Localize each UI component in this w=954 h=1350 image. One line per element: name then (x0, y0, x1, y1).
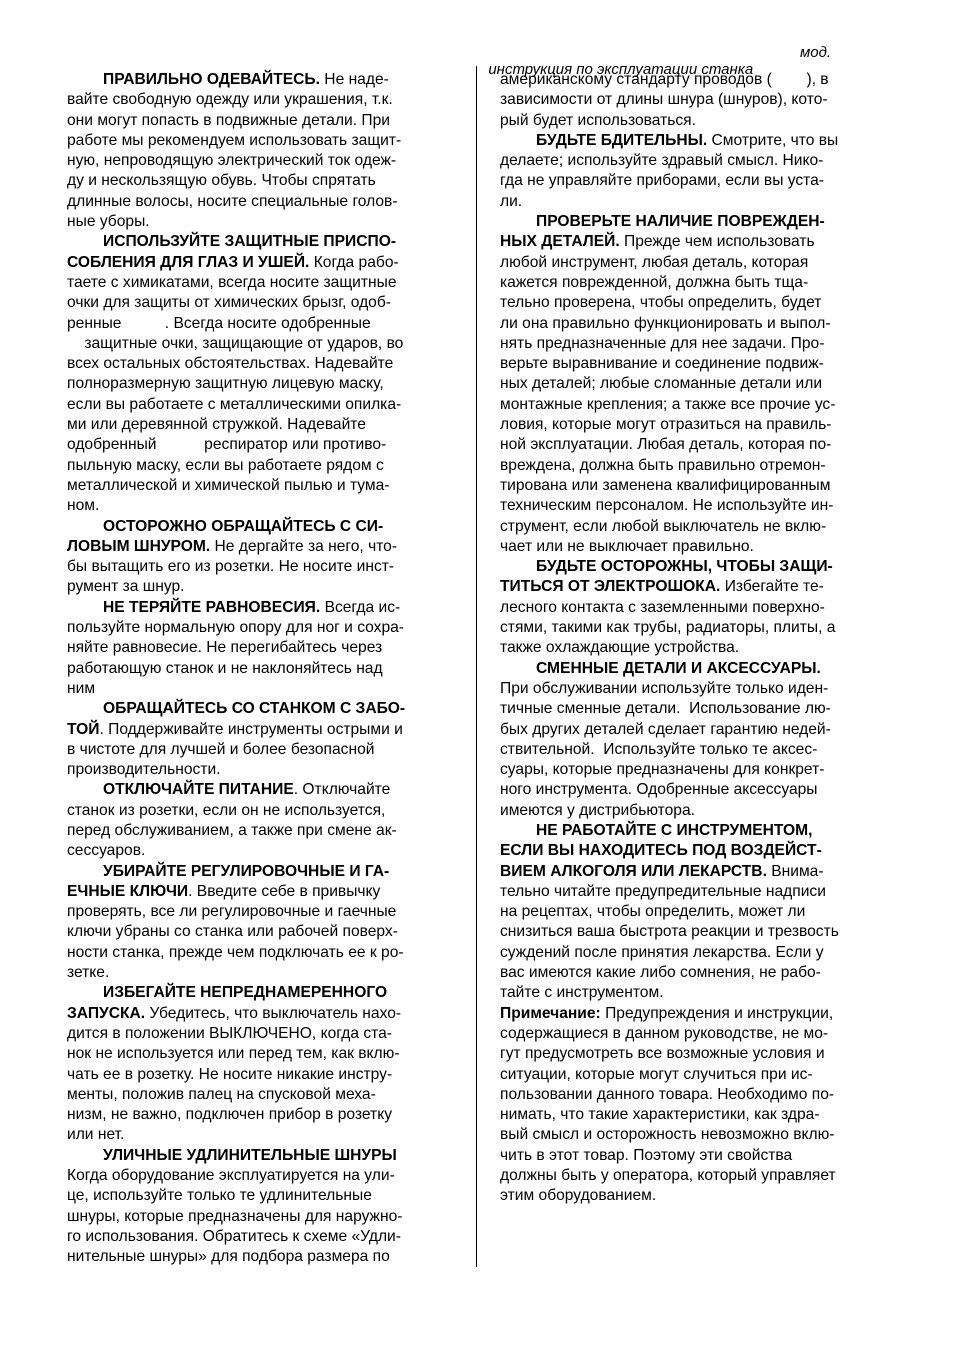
body-text: нок не используется или перед тем, как в… (67, 1045, 400, 1062)
body-text: ные уборы. (67, 213, 150, 230)
text-line: ли. (500, 192, 890, 212)
text-line: УЛИЧНЫЕ УДЛИНИТЕЛЬНЫЕ ШНУРЫ (67, 1146, 467, 1166)
text-line: тельно проверена, чтобы определить, буде… (500, 293, 890, 313)
text-line: ду и нескользящую обувь. Чтобы спрятать (67, 171, 467, 191)
body-text: этим оборудованием. (500, 1187, 656, 1204)
text-line: При обслуживании используйте только иден… (500, 679, 890, 699)
text-line: перед обслуживанием, а также при смене а… (67, 821, 467, 841)
text-line: ТОЙ. Поддерживайте инструменты острыми и (67, 720, 467, 740)
body-text: бых других деталей сделает гарантию неде… (500, 721, 831, 738)
body-text: защитные очки, защищающие от ударов, во (67, 335, 403, 352)
text-line: монтажные крепления; а также все прочие … (500, 395, 890, 415)
section-heading: СМЕННЫЕ ДЕТАЛИ И АКСЕССУАРЫ. (536, 660, 821, 677)
body-text: если вы работаете с металлическими опилк… (67, 396, 401, 413)
body-text: Прежде чем использовать (620, 233, 815, 250)
body-text: чает или не выключает правильно. (500, 538, 754, 555)
body-text: Убедитесь, что выключатель нахо- (145, 1005, 401, 1022)
text-line: ности станка, прежде чем подключать ее к… (67, 943, 467, 963)
text-line: ных деталей; любые сломанные детали или (500, 374, 890, 394)
section-heading: ОТКЛЮЧАЙТЕ ПИТАНИЕ (103, 781, 294, 798)
body-text: нимать, что такие характеристики, как зд… (500, 1106, 820, 1123)
text-line: ные уборы. (67, 212, 467, 232)
text-line: ми или деревянной стружкой. Надевайте (67, 415, 467, 435)
text-line: должны быть у оператора, который управля… (500, 1166, 890, 1186)
text-line: чает или не выключает правильно. (500, 537, 890, 557)
body-text: ную, непроводящую электрический ток одеж… (67, 152, 396, 169)
body-text: гут предусмотреть все возможные условия … (500, 1045, 825, 1062)
body-text: ми или деревянной стружкой. Надевайте (67, 416, 366, 433)
body-text: длинные волосы, носите специальные голов… (67, 193, 398, 210)
text-line: ного инструмента. Одобренные аксессуары (500, 780, 890, 800)
body-text: При обслуживании используйте только иден… (500, 680, 828, 697)
body-text: должны быть у оператора, который управля… (500, 1167, 836, 1184)
text-line: ли она правильно функционировать и выпол… (500, 314, 890, 334)
text-line: работающую станок и не наклоняйтесь над (67, 659, 467, 679)
header-model: мод. (800, 44, 831, 61)
body-text: ности станка, прежде чем подключать ее к… (67, 944, 404, 961)
section-heading: ЗАПУСКА. (67, 1005, 145, 1022)
text-line: бы вытащить его из розетки. Не носите ин… (67, 557, 467, 577)
right-column: американскому стандарту проводов ( ), вз… (500, 70, 890, 1207)
section-heading: НЕ ТЕРЯЙТЕ РАВНОВЕСИЯ. (103, 599, 320, 616)
body-text: ним (67, 680, 95, 697)
body-text: техническим персоналом. Не используйте и… (500, 497, 833, 514)
body-text: . Отключайте (294, 781, 391, 798)
text-line: нительные шнуры» для подбора размера по (67, 1247, 467, 1267)
body-text: низм, не важно, подключен прибор в розет… (67, 1106, 392, 1123)
body-text: пользовании данного товара. Необходимо п… (500, 1086, 834, 1103)
section-heading: ЕСЛИ ВЫ НАХОДИТЕСЬ ПОД ВОЗДЕЙСТ- (500, 842, 822, 859)
text-line: УБИРАЙТЕ РЕГУЛИРОВОЧНЫЕ И ГА- (67, 862, 467, 882)
body-text: работающую станок и не наклоняйтесь над (67, 660, 383, 677)
section-heading: НЫХ ДЕТАЛЕЙ. (500, 233, 620, 250)
body-text: стями, такими как трубы, радиаторы, плит… (500, 619, 835, 636)
body-text: тельно читайте предупредительные надписи (500, 883, 826, 900)
text-line: БУДЬТЕ ОСТОРОЖНЫ, ЧТОБЫ ЗАЩИ- (500, 557, 890, 577)
text-line: пыльную маску, если вы работаете рядом с (67, 456, 467, 476)
text-line: ИЗБЕГАЙТЕ НЕПРЕДНАМЕРЕННОГО (67, 983, 467, 1003)
text-line: ную, непроводящую электрический ток одеж… (67, 151, 467, 171)
text-line: СМЕННЫЕ ДЕТАЛИ И АКСЕССУАРЫ. (500, 659, 890, 679)
body-text: менты, положив палец на спусковой меха- (67, 1086, 376, 1103)
body-text: очки для защиты от химических брызг, одо… (67, 294, 391, 311)
text-line: Примечание: Предупреждения и инструкции, (500, 1004, 890, 1024)
body-text: ключи убраны со станка или рабочей повер… (67, 923, 398, 940)
body-text: . Введите себе в привычку (188, 883, 380, 900)
body-text: содержащиеся в данном руководстве, не мо… (500, 1025, 828, 1042)
body-text: шнуры, которые предназначены для наружно… (67, 1208, 402, 1225)
text-line: в чистоте для лучшей и более безопасной (67, 740, 467, 760)
text-line: чить в этот товар. Поэтому эти свойства (500, 1146, 890, 1166)
body-text: Всегда ис- (320, 599, 400, 616)
body-text: Предупреждения и инструкции, (601, 1005, 833, 1022)
text-line: на рецептах, чтобы определить, может ли (500, 902, 890, 922)
text-line: нимать, что такие характеристики, как зд… (500, 1105, 890, 1125)
section-heading: ИСПОЛЬЗУЙТЕ ЗАЩИТНЫЕ ПРИСПО- (103, 233, 396, 250)
body-text: пыльную маску, если вы работаете рядом с (67, 457, 384, 474)
text-line: вреждена, должна быть правильно отремон- (500, 456, 890, 476)
text-line: БУДЬТЕ БДИТЕЛЬНЫ. Смотрите, что вы (500, 131, 890, 151)
text-line: Когда оборудование эксплуатируется на ул… (67, 1166, 467, 1186)
body-text: металлической и химической пылью и тума- (67, 477, 390, 494)
text-line: кажется поврежденной, должна быть тща- (500, 273, 890, 293)
section-heading: ТИТЬСЯ ОТ ЭЛЕКТРОШОКА. (500, 578, 720, 595)
text-line: тельно читайте предупредительные надписи (500, 882, 890, 902)
body-text: ствительной. Используйте только те аксес… (500, 741, 817, 758)
text-line: защитные очки, защищающие от ударов, во (67, 334, 467, 354)
body-text: вас имеются какие либо сомнения, не рабо… (500, 964, 821, 981)
text-line: ренные . Всегда носите одобренные (67, 314, 467, 334)
text-line: очки для защиты от химических брызг, одо… (67, 293, 467, 313)
text-line: имеются у дистрибьютора. (500, 801, 890, 821)
body-text: в чистоте для лучшей и более безопасной (67, 741, 374, 758)
body-text: дится в положении ВЫКЛЮЧЕНО, когда ста- (67, 1025, 392, 1042)
text-line: тайте с инструментом. (500, 983, 890, 1003)
text-line: стями, такими как трубы, радиаторы, плит… (500, 618, 890, 638)
body-text: сессуаров. (67, 842, 145, 859)
body-text: пользуйте нормальную опору для ног и сох… (67, 619, 404, 636)
text-line: делаете; используйте здравый смысл. Нико… (500, 151, 890, 171)
body-text: рый будет использоваться. (500, 112, 696, 129)
section-heading: ОБРАЩАЙТЕСЬ СО СТАНКОМ С ЗАБО- (103, 700, 405, 717)
text-line: станок из розетки, если он не использует… (67, 801, 467, 821)
section-heading: ЕЧНЫЕ КЛЮЧИ (67, 883, 188, 900)
section-heading: ПРАВИЛЬНО ОДЕВАЙТЕСЬ. (103, 71, 320, 88)
text-line: также охлаждающие устройства. (500, 638, 890, 658)
text-line: сессуаров. (67, 841, 467, 861)
text-line: американскому стандарту проводов ( ), в (500, 70, 890, 90)
body-text: верьте выравнивание и соединение подвиж- (500, 355, 824, 372)
text-line: они могут попасть в подвижные детали. Пр… (67, 111, 467, 131)
text-line: лесного контакта с заземленными поверхно… (500, 598, 890, 618)
text-line: ЕСЛИ ВЫ НАХОДИТЕСЬ ПОД ВОЗДЕЙСТ- (500, 841, 890, 861)
text-line: суждений после принятия лекарства. Если … (500, 943, 890, 963)
text-line: ЛОВЫМ ШНУРОМ. Не дергайте за него, что- (67, 537, 467, 557)
body-text: снизиться ваша быстрота реакции и трезво… (500, 923, 839, 940)
body-text: тельно проверена, чтобы определить, буде… (500, 294, 821, 311)
text-line: дится в положении ВЫКЛЮЧЕНО, когда ста- (67, 1024, 467, 1044)
body-text: станок из розетки, если он не использует… (67, 802, 385, 819)
text-line: ПРАВИЛЬНО ОДЕВАЙТЕСЬ. Не наде- (67, 70, 467, 90)
text-line: вас имеются какие либо сомнения, не рабо… (500, 963, 890, 983)
section-heading: УЛИЧНЫЕ УДЛИНИТЕЛЬНЫЕ ШНУРЫ (103, 1147, 397, 1164)
text-line: ОБРАЩАЙТЕСЬ СО СТАНКОМ С ЗАБО- (67, 699, 467, 719)
text-line: нок не используется или перед тем, как в… (67, 1044, 467, 1064)
section-heading: ЛОВЫМ ШНУРОМ. (67, 538, 210, 555)
text-line: бых других деталей сделает гарантию неде… (500, 720, 890, 740)
text-line: ТИТЬСЯ ОТ ЭЛЕКТРОШОКА. Избегайте те- (500, 577, 890, 597)
text-line: НЫХ ДЕТАЛЕЙ. Прежде чем использовать (500, 232, 890, 252)
text-line: низм, не важно, подключен прибор в розет… (67, 1105, 467, 1125)
body-text: монтажные крепления; а также все прочие … (500, 396, 835, 413)
text-line: шнуры, которые предназначены для наружно… (67, 1207, 467, 1227)
text-line: этим оборудованием. (500, 1186, 890, 1206)
body-text: струмент, если любой выключатель не вклю… (500, 518, 826, 535)
text-line: румент за шнур. (67, 577, 467, 597)
body-text: зетке. (67, 964, 109, 981)
text-line: работе мы рекомендуем использовать защит… (67, 131, 467, 151)
body-text: ренные . Всегда носите одобренные (67, 315, 371, 332)
body-text: тайте с инструментом. (500, 984, 664, 1001)
body-text: Избегайте те- (720, 578, 823, 595)
text-line: рый будет использоваться. (500, 111, 890, 131)
section-heading: СОБЛЕНИЯ ДЛЯ ГЛАЗ И УШЕЙ. (67, 254, 309, 271)
body-text: ду и нескользящую обувь. Чтобы спрятать (67, 172, 376, 189)
text-line: длинные волосы, носите специальные голов… (67, 192, 467, 212)
body-text: нять предназначенные для нее задачи. Про… (500, 335, 824, 352)
body-text: любой инструмент, любая деталь, которая (500, 254, 808, 271)
body-text: ловия, которые могут отразиться на прави… (500, 416, 831, 433)
text-line: суары, которые предназначены для конкрет… (500, 760, 890, 780)
body-text: бы вытащить его из розетки. Не носите ин… (67, 558, 394, 575)
body-text: ной эксплуатации. Любая деталь, которая … (500, 436, 831, 453)
body-text: гда не управляйте приборами, если вы уст… (500, 172, 824, 189)
body-text: зависимости от длины шнура (шнуров), кот… (500, 91, 828, 108)
body-text: Смотрите, что вы (707, 132, 838, 149)
body-text: американскому стандарту проводов ( ), в (500, 71, 829, 88)
text-line: ной эксплуатации. Любая деталь, которая … (500, 435, 890, 455)
body-text: они могут попасть в подвижные детали. Пр… (67, 112, 390, 129)
text-line: няйте равновесие. Не перегибайтесь через (67, 638, 467, 658)
body-text: Когда рабо- (309, 254, 398, 271)
text-line: или нет. (67, 1125, 467, 1145)
text-line: металлической и химической пылью и тума- (67, 476, 467, 496)
text-line: ИСПОЛЬЗУЙТЕ ЗАЩИТНЫЕ ПРИСПО- (67, 232, 467, 252)
text-line: вый смысл и осторожность невозможно вклю… (500, 1125, 890, 1145)
body-text: таете с химикатами, всегда носите защитн… (67, 274, 397, 291)
text-line: ПРОВЕРЬТЕ НАЛИЧИЕ ПОВРЕЖДЕН- (500, 212, 890, 232)
text-line: ключи убраны со станка или рабочей повер… (67, 922, 467, 942)
body-text: суждений после принятия лекарства. Если … (500, 944, 824, 961)
body-text: вайте свободную одежду или украшения, т.… (67, 91, 393, 108)
text-line: содержащиеся в данном руководстве, не мо… (500, 1024, 890, 1044)
text-line: производительности. (67, 760, 467, 780)
text-line: тичные сменные детали. Использование лю- (500, 699, 890, 719)
body-text: проверять, все ли регулировочные и гаечн… (67, 903, 396, 920)
body-text: румент за шнур. (67, 578, 185, 595)
body-text: суары, которые предназначены для конкрет… (500, 761, 824, 778)
text-line: одобренный респиратор или противо- (67, 435, 467, 455)
body-text: всех остальных обстоятельствах. Надевайт… (67, 355, 393, 372)
text-line: гут предусмотреть все возможные условия … (500, 1044, 890, 1064)
text-line: це, используйте только те удлинительные (67, 1186, 467, 1206)
text-line: гда не управляйте приборами, если вы уст… (500, 171, 890, 191)
body-text: тирована или заменена квалифицированным (500, 477, 830, 494)
body-text: вреждена, должна быть правильно отремон- (500, 457, 826, 474)
text-line: струмент, если любой выключатель не вклю… (500, 517, 890, 537)
text-line: НЕ ТЕРЯЙТЕ РАВНОВЕСИЯ. Всегда ис- (67, 598, 467, 618)
body-text: чать ее в розетку. Не носите никакие инс… (67, 1066, 392, 1083)
body-text: ных деталей; любые сломанные детали или (500, 375, 822, 392)
body-text: Когда оборудование эксплуатируется на ул… (67, 1167, 395, 1184)
text-line: ЕЧНЫЕ КЛЮЧИ. Введите себе в привычку (67, 882, 467, 902)
text-line: тирована или заменена квалифицированным (500, 476, 890, 496)
text-line: ВИЕМ АЛКОГОЛЯ ИЛИ ЛЕКАРСТВ. Внима- (500, 862, 890, 882)
text-line: НЕ РАБОТАЙТЕ С ИНСТРУМЕНТОМ, (500, 821, 890, 841)
text-line: вайте свободную одежду или украшения, т.… (67, 90, 467, 110)
text-line: пользовании данного товара. Необходимо п… (500, 1085, 890, 1105)
body-text: нительные шнуры» для подбора размера по (67, 1248, 390, 1265)
section-heading: Примечание: (500, 1005, 601, 1022)
text-line: го использования. Обратитесь к схеме «Уд… (67, 1227, 467, 1247)
body-text: полноразмерную защитную лицевую маску, (67, 375, 384, 392)
body-text: ли. (500, 193, 522, 210)
text-line: проверять, все ли регулировочные и гаечн… (67, 902, 467, 922)
left-column: ПРАВИЛЬНО ОДЕВАЙТЕСЬ. Не наде-вайте своб… (67, 70, 467, 1268)
body-text: на рецептах, чтобы определить, может ли (500, 903, 805, 920)
column-divider (476, 66, 477, 1267)
body-text: тичные сменные детали. Использование лю- (500, 700, 831, 717)
text-line: менты, положив палец на спусковой меха- (67, 1085, 467, 1105)
text-line: чать ее в розетку. Не носите никакие инс… (67, 1065, 467, 1085)
body-text: Не наде- (320, 71, 389, 88)
text-line: полноразмерную защитную лицевую маску, (67, 374, 467, 394)
body-text: вый смысл и осторожность невозможно вклю… (500, 1126, 835, 1143)
body-text: одобренный респиратор или противо- (67, 436, 386, 453)
body-text: Не дергайте за него, что- (210, 538, 397, 555)
body-text: ситуации, которые могут случиться при ис… (500, 1066, 813, 1083)
body-text: ном. (67, 497, 99, 514)
body-text: го использования. Обратитесь к схеме «Уд… (67, 1228, 401, 1245)
text-line: ствительной. Используйте только те аксес… (500, 740, 890, 760)
body-text: лесного контакта с заземленными поверхно… (500, 599, 825, 616)
text-line: ситуации, которые могут случиться при ис… (500, 1065, 890, 1085)
body-text: также охлаждающие устройства. (500, 639, 739, 656)
text-line: зависимости от длины шнура (шнуров), кот… (500, 90, 890, 110)
text-line: ЗАПУСКА. Убедитесь, что выключатель нахо… (67, 1004, 467, 1024)
section-heading: НЕ РАБОТАЙТЕ С ИНСТРУМЕНТОМ, (536, 822, 813, 839)
body-text: перед обслуживанием, а также при смене а… (67, 822, 397, 839)
text-line: всех остальных обстоятельствах. Надевайт… (67, 354, 467, 374)
body-text: . Поддерживайте инструменты острыми и (99, 721, 402, 738)
text-line: пользуйте нормальную опору для ног и сох… (67, 618, 467, 638)
section-heading: БУДЬТЕ БДИТЕЛЬНЫ. (536, 132, 707, 149)
body-text: производительности. (67, 761, 221, 778)
text-line: СОБЛЕНИЯ ДЛЯ ГЛАЗ И УШЕЙ. Когда рабо- (67, 253, 467, 273)
text-line: ловия, которые могут отразиться на прави… (500, 415, 890, 435)
body-text: имеются у дистрибьютора. (500, 802, 695, 819)
body-text: няйте равновесие. Не перегибайтесь через (67, 639, 382, 656)
text-line: снизиться ваша быстрота реакции и трезво… (500, 922, 890, 942)
text-line: таете с химикатами, всегда носите защитн… (67, 273, 467, 293)
section-heading: ИЗБЕГАЙТЕ НЕПРЕДНАМЕРЕННОГО (103, 984, 387, 1001)
text-line: любой инструмент, любая деталь, которая (500, 253, 890, 273)
text-line: верьте выравнивание и соединение подвиж- (500, 354, 890, 374)
body-text: ного инструмента. Одобренные аксессуары (500, 781, 818, 798)
text-line: если вы работаете с металлическими опилк… (67, 395, 467, 415)
body-text: Внима- (767, 863, 824, 880)
section-heading: ВИЕМ АЛКОГОЛЯ ИЛИ ЛЕКАРСТВ. (500, 863, 767, 880)
section-heading: БУДЬТЕ ОСТОРОЖНЫ, ЧТОБЫ ЗАЩИ- (536, 558, 833, 575)
body-text: це, используйте только те удлинительные (67, 1187, 372, 1204)
text-line: техническим персоналом. Не используйте и… (500, 496, 890, 516)
body-text: кажется поврежденной, должна быть тща- (500, 274, 808, 291)
text-line: ОТКЛЮЧАЙТЕ ПИТАНИЕ. Отключайте (67, 780, 467, 800)
section-heading: ТОЙ (67, 721, 99, 738)
section-heading: ПРОВЕРЬТЕ НАЛИЧИЕ ПОВРЕЖДЕН- (536, 213, 825, 230)
text-line: ОСТОРОЖНО ОБРАЩАЙТЕСЬ С СИ- (67, 517, 467, 537)
body-text: делаете; используйте здравый смысл. Нико… (500, 152, 823, 169)
body-text: работе мы рекомендуем использовать защит… (67, 132, 401, 149)
text-line: зетке. (67, 963, 467, 983)
body-text: ли она правильно функционировать и выпол… (500, 315, 831, 332)
section-heading: УБИРАЙТЕ РЕГУЛИРОВОЧНЫЕ И ГА- (103, 863, 389, 880)
body-text: чить в этот товар. Поэтому эти свойства (500, 1147, 792, 1164)
section-heading: ОСТОРОЖНО ОБРАЩАЙТЕСЬ С СИ- (103, 518, 383, 535)
text-line: ном. (67, 496, 467, 516)
text-line: ним (67, 679, 467, 699)
body-text: или нет. (67, 1126, 124, 1143)
text-line: нять предназначенные для нее задачи. Про… (500, 334, 890, 354)
